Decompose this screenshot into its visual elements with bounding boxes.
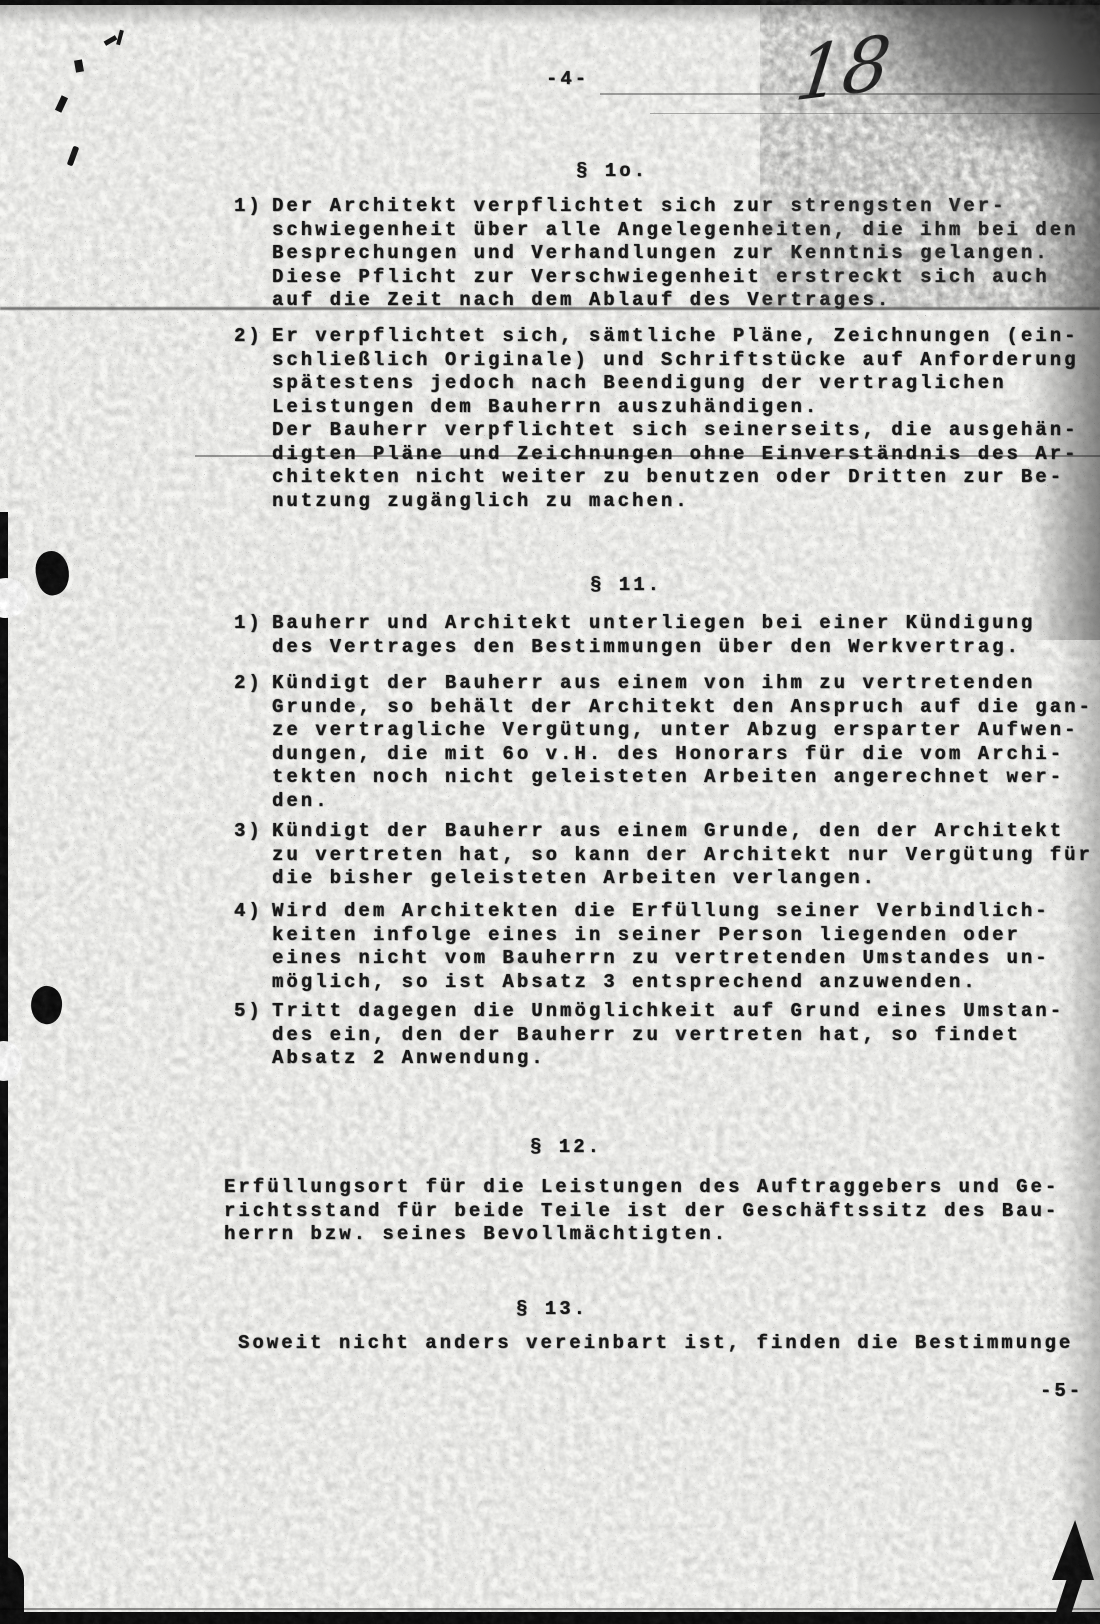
paragraph-number: 2)	[234, 325, 263, 349]
paragraph-number: 4)	[234, 900, 263, 924]
paragraph-11-4: 4) Wird dem Architekten die Erfüllung se…	[234, 900, 1100, 994]
scanned-document-page: -4- 18 § 1o. 1) Der Architekt verpflicht…	[0, 0, 1100, 1624]
scan-speck	[55, 95, 68, 112]
paragraph-number: 2)	[234, 672, 263, 696]
paragraph-11-3: 3) Kündigt der Bauherr aus einem Grunde,…	[234, 820, 1100, 891]
scan-edge-bottom-bar	[0, 1612, 1100, 1624]
paragraph-12-body: Erfüllungsort für die Leistungen des Auf…	[224, 1176, 1100, 1247]
scan-speck	[104, 35, 118, 46]
scan-edge-top-bar	[0, 0, 1100, 5]
scan-streak-line	[0, 307, 1100, 310]
scan-artifact-triangle	[1052, 1520, 1094, 1580]
punch-hole-lower	[0, 1041, 22, 1081]
section-heading-12: § 12.	[530, 1136, 602, 1160]
paragraph-number: 3)	[234, 820, 263, 844]
section-heading-11: § 11.	[590, 574, 662, 598]
scan-corner-bottom-left	[0, 1556, 24, 1624]
paragraph-text: Er verpflichtet sich, sämtliche Pläne, Z…	[272, 325, 1100, 513]
paragraph-text: Kündigt der Bauherr aus einem Grunde, de…	[272, 820, 1100, 891]
scan-speck	[116, 30, 124, 46]
paragraph-text: Wird dem Architekten die Erfüllung seine…	[272, 900, 1100, 994]
paragraph-11-5: 5) Tritt dagegen die Unmöglichkeit auf G…	[234, 1000, 1100, 1071]
page-number-bottom: -5-	[1040, 1380, 1083, 1404]
scan-streak-line	[650, 113, 1100, 114]
scan-shade-right-edge	[1028, 0, 1100, 640]
section-heading-13: § 13.	[516, 1298, 588, 1322]
scan-streak-line	[195, 455, 1100, 457]
punch-hole-upper	[0, 578, 28, 618]
scan-speck	[67, 146, 79, 167]
paragraph-number: 1)	[234, 195, 263, 219]
paragraph-text: Kündigt der Bauherr aus einem von ihm zu…	[272, 672, 1100, 813]
paragraph-13-body: Soweit nicht anders vereinbart ist, find…	[238, 1332, 1100, 1356]
scan-streak-line	[0, 1608, 1100, 1610]
paragraph-number: 1)	[234, 612, 263, 636]
scan-streak-line	[600, 93, 1100, 95]
page-number-top: -4-	[546, 68, 589, 92]
paragraph-10-2: 2) Er verpflichtet sich, sämtliche Pläne…	[234, 325, 1100, 513]
paragraph-11-2: 2) Kündigt der Bauherr aus einem von ihm…	[234, 672, 1100, 813]
ink-blot-upper	[31, 548, 74, 599]
section-heading-10: § 1o.	[576, 160, 648, 184]
scan-speck	[74, 59, 84, 72]
paragraph-number: 5)	[234, 1000, 263, 1024]
paragraph-text: Tritt dagegen die Unmöglichkeit auf Grun…	[272, 1000, 1100, 1071]
paragraph-text: Der Architekt verpflichtet sich zur stre…	[272, 195, 1100, 313]
paragraph-text: Bauherr und Architekt unterliegen bei ei…	[272, 612, 1100, 659]
paragraph-11-1: 1) Bauherr und Architekt unterliegen bei…	[234, 612, 1100, 659]
ink-blot-lower	[28, 984, 65, 1026]
handwritten-page-index: 18	[791, 19, 895, 118]
paragraph-10-1: 1) Der Architekt verpflichtet sich zur s…	[234, 195, 1100, 313]
